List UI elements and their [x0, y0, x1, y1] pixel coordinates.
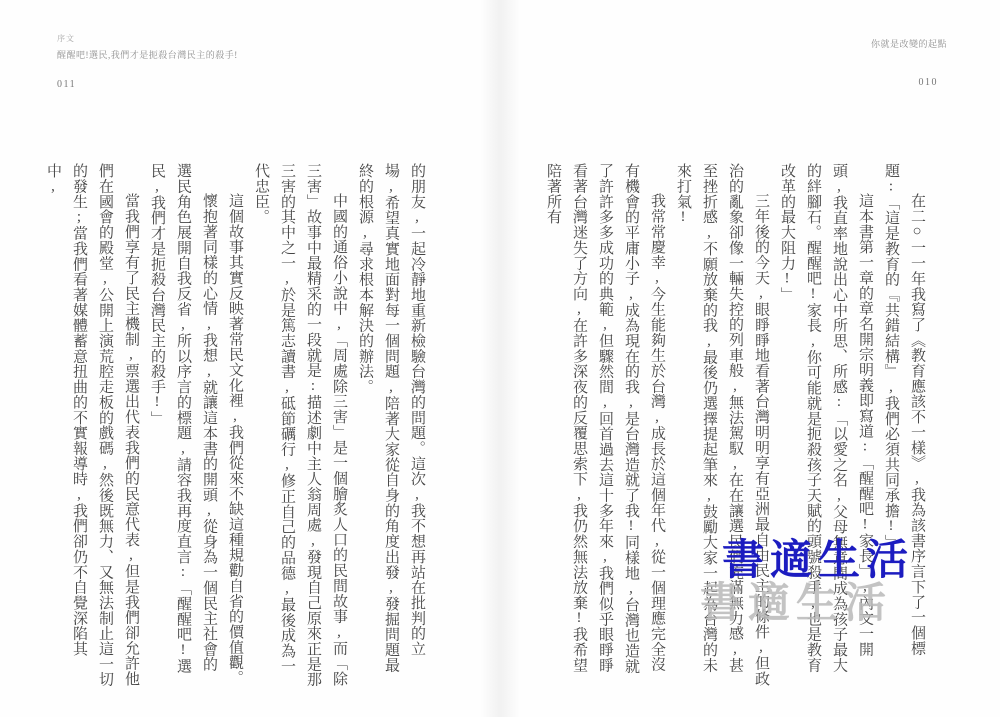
- paragraph: 懷抱著同樣的心情,我想,就讓這本書的開頭,從身為一個民主社會的選民角色展開自我反…: [144, 163, 222, 687]
- paragraph: 在二○一一年我寫了《教育應該不一樣》,我為該書序言下了一個標題:「這是教育的『共…: [878, 163, 930, 687]
- paragraph: 我常常慶幸,今生能夠生於台灣,成長於這個年代,從一個理應完全沒有機會的平庸小子,…: [540, 163, 670, 687]
- paragraph: 這本書第一章的章名開宗明義即寫道:「醒醒吧!家長」,內文一開頭,我直率地說出心中…: [774, 163, 878, 687]
- left-page-text: 的朋友,一起冷靜地重新檢驗台灣的問題。這次,我不想再站在批判的立場,希望真實地面…: [40, 163, 430, 687]
- paragraph: 的朋友,一起冷靜地重新檢驗台灣的問題。這次,我不想再站在批判的立場,希望真實地面…: [352, 163, 430, 687]
- book-title: 你就是改變的起點: [871, 39, 947, 49]
- right-page-text: 在二○一一年我寫了《教育應該不一樣》,我為該書序言下了一個標題:「這是教育的『共…: [540, 163, 930, 687]
- left-running-head: 序文 醒醒吧!選民,我們才是扼殺台灣民主的殺手!: [57, 33, 238, 61]
- left-page-number: 011: [57, 79, 76, 90]
- section-label: 序文: [57, 33, 238, 44]
- paragraph: 三年後的今天,眼睜睜地看著台灣明明享有亞洲最自由民主的條件,但政治的亂象卻像一輛…: [670, 163, 774, 687]
- right-running-head: 你就是改變的起點: [871, 37, 947, 50]
- paragraph: 當我們享有了民主機制,票選出代表我們的民意代表,但是我們卻允許他們在國會的殿堂,…: [40, 163, 144, 687]
- page-gutter-shadow: [480, 0, 520, 717]
- paragraph: 中國的通俗小說中,「周處除三害」是一個膾炙人口的民間故事,而「除三害」故事中最精…: [248, 163, 352, 687]
- right-page-number: 010: [919, 77, 939, 88]
- paragraph: 這個故事其實反映著常民文化裡,我們從來不缺這種規勸自省的價值觀。: [222, 163, 248, 687]
- left-chapter-title: 醒醒吧!選民,我們才是扼殺台灣民主的殺手!: [57, 48, 238, 61]
- book-spread: 序文 醒醒吧!選民,我們才是扼殺台灣民主的殺手! 011 你就是改變的起點 01…: [0, 0, 1000, 717]
